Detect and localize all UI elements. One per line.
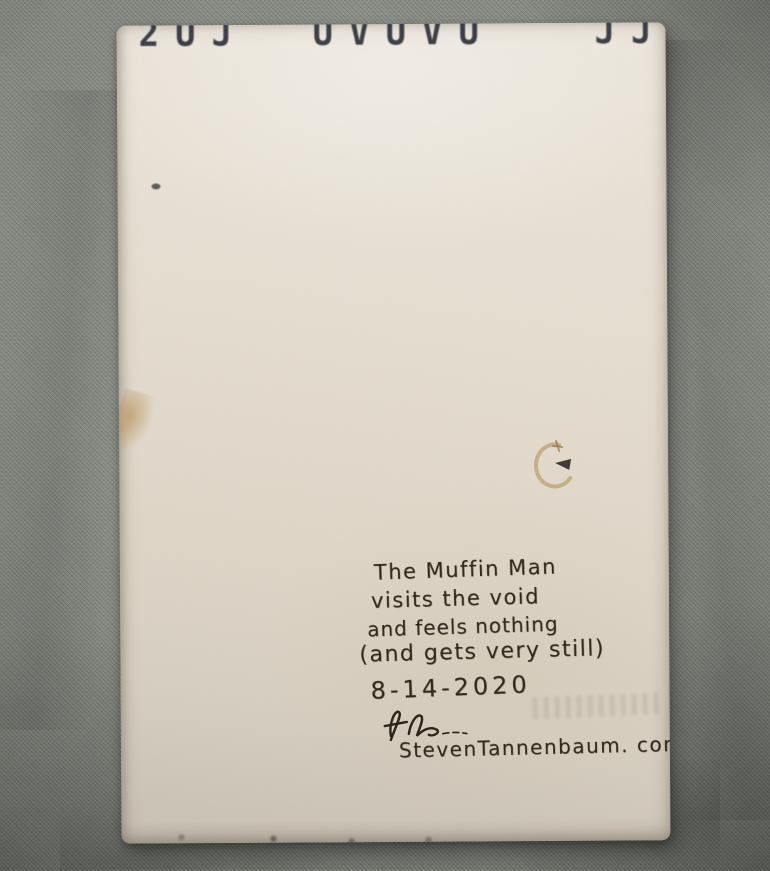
- stamp-fragment: UVUVU: [312, 22, 495, 54]
- amber-ring-stain: [519, 435, 581, 497]
- inscription-line: (and gets very still): [359, 636, 605, 668]
- bottom-edge-specks: [121, 832, 125, 836]
- stamp-fragment: JJI: [594, 22, 670, 52]
- inscription-title-line: The Muffin Man: [373, 554, 557, 584]
- amber-edge-stain: [117, 388, 160, 458]
- inscription-line: and feels nothing: [367, 612, 559, 642]
- dark-speck: [151, 183, 160, 189]
- artwork-panel-back: 2UJ UVUVU JJI The Muffin Man visits the …: [117, 22, 671, 843]
- inscription-line: visits the void: [371, 584, 541, 613]
- stamp-fragment: 2UJ: [138, 22, 248, 55]
- faded-print-remnant: [532, 692, 663, 719]
- clipped-upside-down-stamp: 2UJ UVUVU JJI: [117, 22, 666, 57]
- inscription-date: 8-14-2020: [370, 670, 531, 705]
- photo-of-artwork-back: 2UJ UVUVU JJI The Muffin Man visits the …: [0, 0, 770, 871]
